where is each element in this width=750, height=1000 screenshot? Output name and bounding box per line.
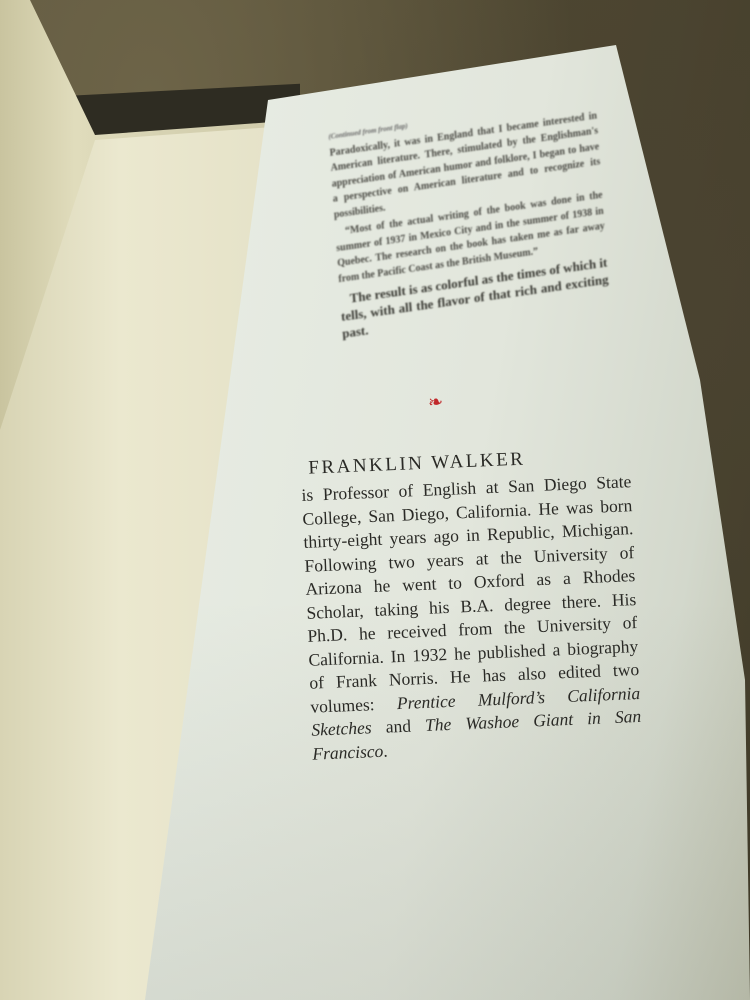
ornament-icon: ❧ (427, 391, 444, 413)
bio-end: . (383, 740, 388, 760)
author-bio-text: is Professor of English at San Diego Sta… (301, 470, 643, 766)
flap-upper-text: (Continued from front flap) Paradoxicall… (328, 92, 611, 355)
bio-part-2: and (371, 715, 425, 737)
author-bio: FRANKLIN WALKER is Professor of English … (300, 444, 643, 766)
bio-part-1: is Professor of English at San Diego Sta… (301, 471, 639, 716)
